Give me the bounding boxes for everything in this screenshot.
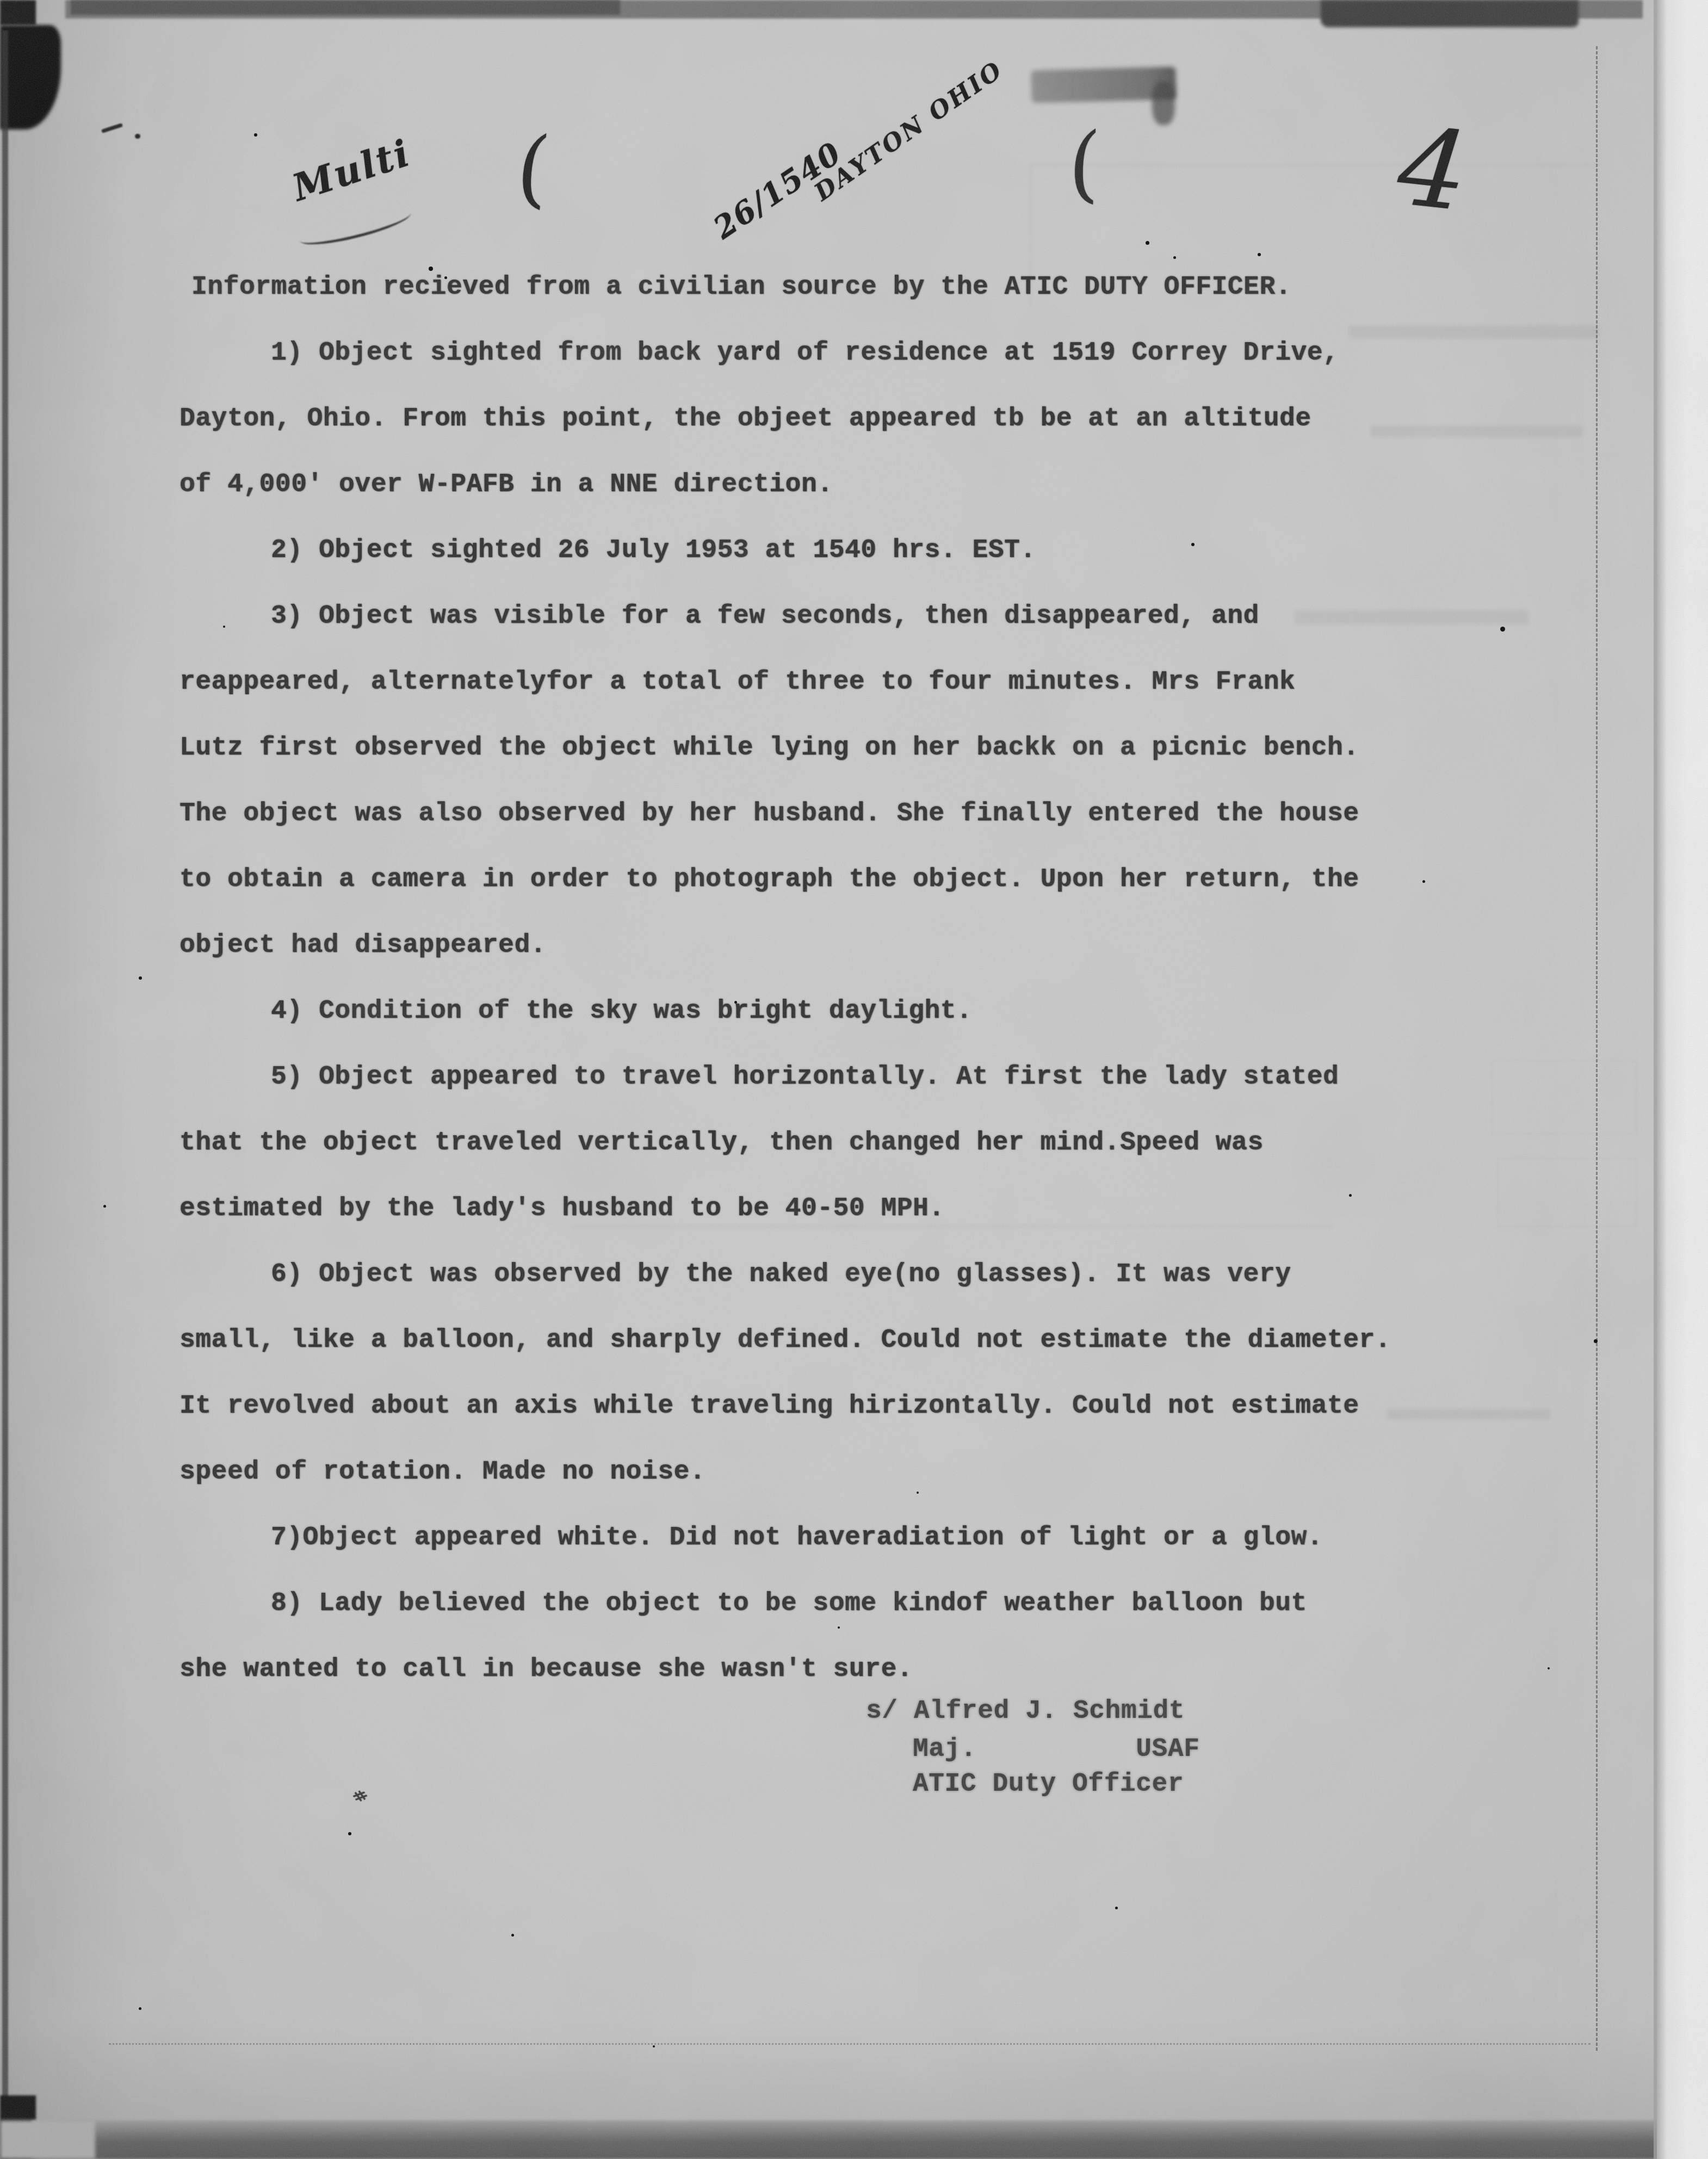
typed-line: small, like a balloon, and sharply defin… [180, 1325, 1391, 1356]
typed-line: 2) Object sighted 26 July 1953 at 1540 h… [271, 535, 1036, 566]
vertical-crease-line [1596, 46, 1598, 2051]
typed-line: object had disappeared. [180, 930, 546, 961]
signature-signed-line: s/ Alfred J. Schmidt [866, 1696, 1185, 1727]
dust-speck [653, 2045, 655, 2047]
dust-speck [1258, 253, 1261, 256]
typed-line: 6) Object was observed by the naked eye(… [271, 1259, 1291, 1290]
scan-top-strip-darkest [1321, 0, 1579, 27]
dust-speck [429, 267, 433, 271]
scan-left-edge-line [2, 30, 8, 2159]
dust-speck [917, 1492, 919, 1494]
dust-speck [223, 626, 225, 628]
typed-line: Information recieved from a civilian sou… [191, 272, 1291, 302]
scan-bottom-left-corner [0, 2095, 36, 2159]
typed-line: It revolved about an axis while travelin… [180, 1391, 1359, 1421]
scan-right-band [1657, 0, 1708, 2159]
dust-speck [103, 1205, 106, 1208]
typed-line: she wanted to call in because she wasn't… [180, 1654, 913, 1685]
routing-note-underline [297, 203, 413, 251]
typed-line: estimated by the lady's husband to be 40… [180, 1193, 945, 1224]
pen-dot-mark [135, 134, 140, 139]
dust-speck [1115, 1907, 1118, 1909]
bleedthrough-text-band [1295, 610, 1528, 624]
dust-speck [1500, 627, 1505, 632]
dust-speck [1146, 241, 1149, 245]
dust-speck [838, 1626, 840, 1629]
scan-bottom-band [32, 2120, 1708, 2159]
dust-speck [1191, 543, 1195, 546]
typed-line: 1) Object sighted from back yard of resi… [271, 338, 1339, 368]
dust-speck [1594, 1339, 1598, 1343]
dust-speck [1173, 256, 1176, 259]
top-smudge-mark [1031, 67, 1176, 103]
scan-top-left-corner-small [0, 0, 36, 25]
pen-dash-mark [101, 123, 123, 133]
typed-line: speed of rotation. Made no noise. [180, 1457, 706, 1487]
dust-speck [1349, 1194, 1352, 1197]
dust-speck [139, 976, 142, 980]
typed-line: Lutz first observed the object while lyi… [180, 733, 1359, 763]
handwritten-paren-right: ( [1061, 116, 1107, 214]
dust-speck [511, 1934, 514, 1937]
typed-line: 3) Object was visible for a few seconds,… [271, 601, 1259, 632]
typed-line: of 4,000' over W-PAFB in a NNE direction… [180, 469, 833, 500]
bleedthrough-text-band [1371, 425, 1583, 437]
typed-line: to obtain a camera in order to photograp… [180, 864, 1359, 895]
top-smudge-hook [1152, 82, 1175, 125]
dust-speck [759, 348, 762, 351]
typed-line: that the object traveled vertically, the… [180, 1128, 1264, 1158]
bleedthrough-form-box [1492, 1060, 1637, 1135]
scanned-document-page: Multi ( ( 26/1540 DAYTON OHIO 4 # Inform… [0, 0, 1708, 2159]
typed-line: 7)Object appeared white. Did not haverad… [271, 1523, 1323, 1553]
bleedthrough-form-edge [1030, 164, 1601, 166]
page-right-edge-line [1654, 0, 1657, 2159]
dust-speck [734, 1001, 737, 1004]
scan-bottom-band-left [0, 2120, 95, 2159]
typed-line: 5) Object appeared to travel horizontall… [271, 1062, 1339, 1092]
typed-line: The object was also observed by her husb… [180, 799, 1359, 829]
signature-title-line: ATIC Duty Officer [913, 1769, 1184, 1799]
bleedthrough-line [571, 1225, 1333, 1227]
handwritten-paren-left: ( [511, 120, 553, 219]
typed-line: reappeared, alternatelyfor a total of th… [180, 667, 1295, 697]
dust-speck [1422, 880, 1425, 883]
small-pen-mark: # [348, 1785, 371, 1808]
typed-line: 8) Lady believed the object to be some k… [271, 1588, 1307, 1619]
dust-speck [254, 133, 257, 137]
typed-line: 4) Condition of the sky was bright dayli… [271, 996, 972, 1026]
bleedthrough-text-band [1387, 1409, 1550, 1420]
handwritten-location-note: DAYTON OHIO [809, 55, 1008, 206]
dust-speck [1548, 1667, 1550, 1669]
handwritten-page-number: 4 [1393, 103, 1474, 236]
signature-rank-line: Maj. USAF [913, 1734, 1199, 1765]
typed-line: Dayton, Ohio. From this point, the objee… [180, 404, 1311, 434]
bleedthrough-form-box [1497, 1158, 1637, 1227]
dust-speck [139, 2007, 141, 2010]
bottom-fold-line [109, 2043, 1591, 2045]
scan-top-left-corner [0, 25, 61, 129]
scan-top-strip-dark [71, 0, 620, 15]
bleedthrough-text-band [1349, 325, 1599, 338]
dust-speck [444, 276, 447, 279]
handwritten-routing-note: Multi [287, 131, 416, 210]
dust-speck [348, 1832, 351, 1835]
scan-top-strip [65, 0, 1643, 18]
